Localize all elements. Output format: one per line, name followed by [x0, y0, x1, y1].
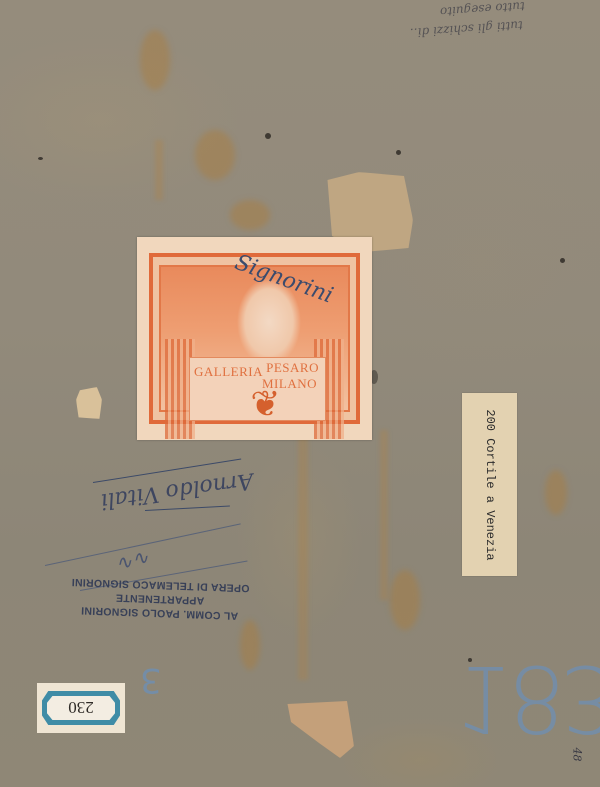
pencil-signature: Arnoldo Vitali — [99, 467, 255, 513]
rust-stain — [240, 620, 260, 670]
vertical-streak — [155, 140, 163, 200]
title-label: 200 Cortile a Venezia — [462, 393, 517, 576]
rust-stain — [390, 570, 420, 630]
rust-stain — [140, 30, 170, 90]
gallery-name: GALLERIA — [194, 364, 263, 380]
pencil-line — [145, 506, 230, 511]
ownership-stamp: AL COMM. PAOLO SIGNORINI APPARTENENTE OP… — [59, 575, 260, 624]
torn-paper-patch — [284, 698, 354, 758]
dark-spot — [396, 150, 401, 155]
rust-stain — [230, 200, 270, 230]
blue-crayon-number: 3 — [140, 660, 162, 700]
griffin-icon: ❦ — [243, 382, 288, 427]
vertical-streak — [380, 430, 388, 600]
pencil-note-top-right: tutti gli schizzi di.. — [410, 18, 524, 40]
ticket-number: 230 — [37, 697, 125, 717]
dark-spot — [38, 157, 43, 160]
pencil-note-top-right: tutto eseguito — [440, 0, 526, 19]
inventory-ticket: 230 — [37, 683, 125, 733]
painting-back-panel: tutto eseguito tutti gli schizzi di.. GA… — [0, 0, 600, 787]
blue-crayon-number: 1832 — [455, 645, 600, 752]
rust-stain — [545, 470, 567, 515]
vertical-streak — [298, 430, 308, 680]
small-pencil-number: 48 — [571, 748, 584, 762]
torn-paper-patch — [76, 387, 102, 419]
gallery-name-right: PESARO — [266, 360, 319, 376]
title-label-text: 200 Cortile a Venezia — [483, 409, 497, 560]
dark-spot — [560, 258, 565, 263]
rust-stain — [195, 130, 235, 180]
dark-spot — [265, 133, 271, 139]
